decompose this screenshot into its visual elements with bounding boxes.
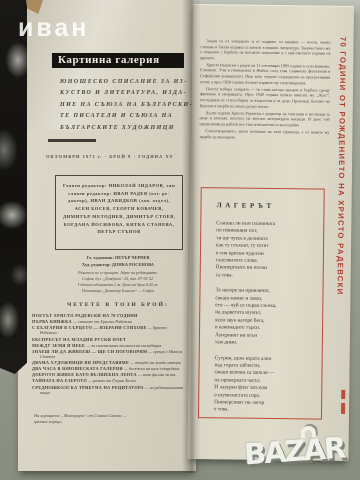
poem-line: е това. — [214, 407, 317, 416]
editorial-line: Главен редактор: НИКОЛАЙ ЗИДАРОВ, зам.- — [63, 182, 175, 190]
watermark-bazar: BAZAR — [243, 431, 345, 472]
masthead-line: БЪЛГАРСКИТЕ ХУДОЖНИЦИ — [60, 123, 186, 134]
masthead-line: КУСТВО И ЛИТЕРАТУРА, ИЗДА- — [60, 88, 186, 99]
masthead-subtitle: ЮНОШЕСКО СПИСАНИЕ ЗА ИЗ-КУСТВО И ЛИТЕРАТ… — [60, 77, 186, 134]
magazine-spread-photo: Картинна галерия ЮНОШЕСКО СПИСАНИЕ ЗА ИЗ… — [0, 0, 360, 480]
bazar-text: BAZAR — [243, 431, 345, 472]
toc-item: МЕЖДУ ЗЕМЯ И НЕБЕ — за съветската космич… — [32, 343, 184, 348]
editorial-line: БОГДАНА ЙОСИФОВА, КИТКА СТАНЕВА, — [63, 221, 175, 229]
cover-photo — [0, 0, 27, 374]
poem-title: ЛАГЕРЪТ — [216, 201, 319, 210]
issue-line: ОКТОМВРИ 1973 г. · БРОЙ 8 · ГОДИНА XV — [30, 154, 190, 159]
right-page: Знаем го от читанките и от първите си кн… — [187, 4, 354, 461]
editorial-line: ПЕТЪР СТЪПОВ — [63, 228, 175, 236]
bag-handle-icon — [300, 425, 316, 438]
poem-body: Слизаш ли към планинатапо извиващия път,… — [214, 220, 319, 415]
toc-item: ПОЕТЪТ ХРИСТО РАДЕВСКИ НА 70 ГОДИНИ — [32, 313, 184, 318]
biography-paragraph: Стихотворението, което печатаме на тази … — [199, 128, 329, 141]
biography-paragraph: Христо Радевски е роден на 11 септември … — [200, 62, 330, 86]
toc-item: ДВА ЧАСА В ЮНОШЕСКАТА ГАЛЕРИЯ — бележки … — [32, 366, 184, 371]
editorial-board-box: Главен редактор: НИКОЛАЙ ЗИДАРОВ, зам.-г… — [55, 175, 183, 250]
watermark-ivan: иван — [18, 14, 89, 43]
poem-box: ЛАГЕРЪТ Слизаш ли към планинатапо извива… — [198, 187, 325, 419]
section-title-box: Картинна галерия — [52, 53, 184, 68]
imprint-block: Ръкописи не се връщат. Адрес на редакция… — [62, 270, 174, 294]
poem-stanza: Те нагоре ни привличат,сякаш мамят и зов… — [215, 288, 319, 349]
divider-rule — [48, 139, 96, 142]
toc-item: С БЪЛГАРИЯ В СЪРЦЕТО — ИЗБРАНИ СТИХОВЕ —… — [32, 325, 184, 336]
biography-text: Знаем го от читанките и от първите си кн… — [199, 38, 330, 142]
biography-paragraph: Поетът избира сатирата — тя става негово… — [200, 86, 330, 110]
toc-item: ЕКСПРЕСЪТ НА МЛАДИЯ РУСКИ ПОЕТ — [32, 337, 184, 342]
masthead-line: ТЕ ПИСАТЕЛИ И СЪЮЗА НА — [60, 111, 186, 122]
masthead-line: ЮНОШЕСКО СПИСАНИЕ ЗА ИЗ- — [60, 77, 186, 88]
poem-line: там дими. — [215, 339, 318, 348]
imprint-line: Печатница „Димитър Благоев“ — София — [62, 288, 174, 294]
left-page: Картинна галерия ЮНОШЕСКО СПИСАНИЕ ЗА ИЗ… — [18, 0, 196, 471]
editorial-line: дактор), ИВАН ДАВИДКОВ (зав. отдел), — [63, 197, 175, 205]
toc-item: ПЪРВА КНИЖКА — стихове от Христо Радевск… — [32, 319, 184, 324]
toc-item: СРЕДНОШКОЛСКА ТРИБУНА НА РЕЦИТАТОРА — из… — [32, 385, 184, 396]
poem-line: са това. — [216, 272, 319, 281]
vertical-anniversary-title: 70 ГОДИНИ ОТ РОЖДЕНИЕТО НА ХРИСТО РАДЕВС… — [328, 37, 348, 441]
toc-list: ПОЕТЪТ ХРИСТО РАДЕВСКИ НА 70 ГОДИНИПЪРВА… — [32, 313, 184, 396]
biography-paragraph: Дълги години Христо Радевски е редактор … — [200, 110, 330, 128]
toc-item: ДВАМА ХУДОЖНИЦИ ВИ ПРЕДСТАВЯМЕ — творби … — [32, 360, 184, 365]
section-title: Картинна галерия — [58, 54, 160, 66]
staff-line: Гл. художник: ПЕТЪР ЧЕРНЕВ — [58, 255, 178, 262]
editorial-line: ДИМИТЪР МЕТОДИЕВ, ДИМИТЪР СТОЕВ, — [63, 213, 175, 221]
cover-note-line: цветна корица — [34, 419, 184, 425]
biography-paragraph: Знаем го от читанките и от първите си кн… — [200, 38, 330, 62]
toc-item: ЗНАЕШ ЛИ ДА ЖИВЕЕШ — ЩЕ СИ ПОГОВОРИМ — с… — [32, 349, 184, 360]
cover-note: На корицата: „Минзухари“ от Славка Савов… — [34, 413, 184, 425]
poem-stanza: Сутрин, щом зората аленнад гората заблес… — [214, 355, 318, 416]
toc-item: ДОБРОТО ЖИВЕЕ КАТО ВЪЛШЕБНА ЛЕНТА — нови… — [32, 372, 184, 377]
poem-stanza: Слизаш ли към планинатапо извиващия път,… — [216, 220, 320, 281]
editorial-line: главен редактор: ИВАН РАДЕВ (отг. ре- — [63, 190, 175, 198]
staff-line: Худ. редактор: ДОНКА РОСЕНОВА — [58, 262, 178, 269]
toc-heading: ЧЕТЕТЕ В ТОЗИ БРОЙ: — [58, 302, 178, 308]
staff-credits: Гл. художник: ПЕТЪР ЧЕРНЕВХуд. редактор:… — [58, 255, 178, 268]
margin-mark — [341, 390, 345, 414]
masthead-line: НИЕ НА СЪЮЗА НА БЪЛГАРСКИ- — [60, 100, 186, 111]
toc-item: ТАЙНАТА НА ЕЗЕРОТО — разказ от Георги Бе… — [32, 378, 184, 383]
editorial-line: АСЕН БОСЕВ, ГЕОРГИ КОВАЧЕВ, — [63, 205, 175, 213]
